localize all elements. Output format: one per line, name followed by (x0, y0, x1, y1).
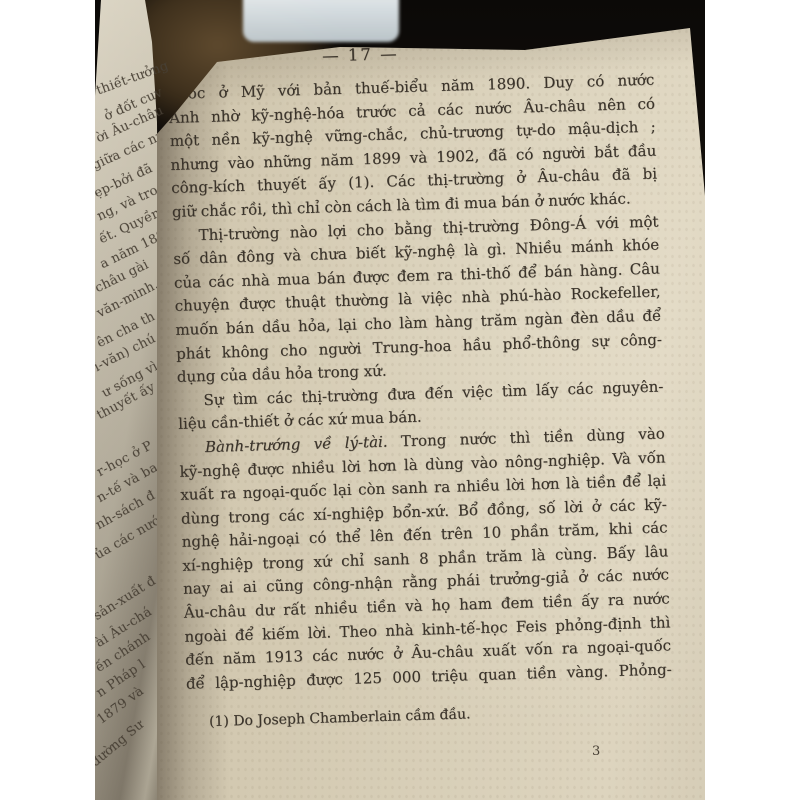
italic-lead: Bành-trướng về lý-tài. (205, 433, 388, 456)
book-page: — 17 — quốc ở Mỹ với bản thuế-biểu năm 1… (95, 0, 705, 800)
page-text: — 17 — quốc ở Mỹ với bản thuế-biểu năm 1… (167, 32, 673, 732)
white-object (243, 0, 399, 42)
book-photo: thiết-tưởngở đốt cuvời Âu-châugiữa các n… (95, 0, 705, 800)
footnote: (1) Do Joseph Chamberlain cầm đầu. (187, 701, 673, 731)
signature-mark: 3 (592, 744, 600, 759)
body-text: quốc ở Mỹ với bản thuế-biểu năm 1890. Du… (168, 69, 672, 697)
